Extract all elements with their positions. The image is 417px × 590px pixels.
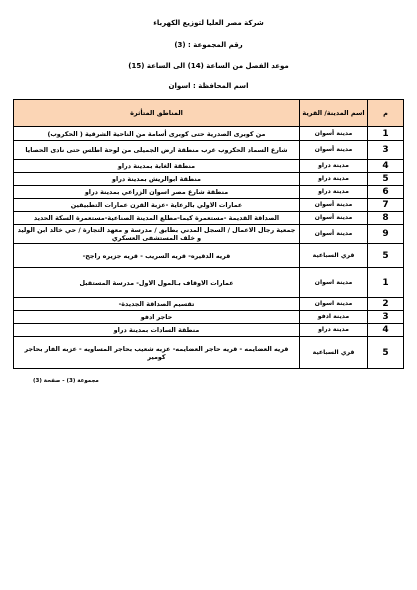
- city-cell: مدينة أسوان: [300, 212, 368, 225]
- table-header-row: م اسم المدينة/ القرية المناطق المتأثرة: [14, 100, 404, 127]
- table-row: 5مدينة دراومنطقة ابوالريش بمدينة دراو: [14, 173, 404, 186]
- city-cell: مدينة أسوان: [300, 141, 368, 160]
- table-body: 1مدينة أسوانمن كوبرى الصدرية حتى كوبرى أ…: [14, 127, 404, 369]
- document-page: شركة مصر العليا لتوزيع الكهرباء رقم المج…: [0, 0, 417, 590]
- col-header-city: اسم المدينة/ القرية: [300, 100, 368, 127]
- row-number-cell: 5: [368, 337, 404, 369]
- city-cell: مدينة ادفو: [300, 311, 368, 324]
- areas-cell: من كوبرى الصدرية حتى كوبرى أسامة من النا…: [14, 127, 300, 141]
- city-cell: مدينة أسوان: [300, 225, 368, 244]
- table-row: 4مدينة دراومنطقة الغابة بمدينة دراو: [14, 160, 404, 173]
- areas-cell: منطقة الغابة بمدينة دراو: [14, 160, 300, 173]
- row-number-cell: 3: [368, 141, 404, 160]
- city-cell: قري السباعية: [300, 337, 368, 369]
- company-title: شركة مصر العليا لتوزيع الكهرباء: [0, 0, 417, 27]
- areas-cell: تقسيم الصداقة الجديدة-: [14, 298, 300, 311]
- table-row: 3مدينة ادفوحاجر ادفو: [14, 311, 404, 324]
- row-number-cell: 1: [368, 127, 404, 141]
- city-cell: مدينة أسوان: [300, 127, 368, 141]
- city-cell: قري السباعية: [300, 244, 368, 268]
- row-number-cell: 5: [368, 173, 404, 186]
- areas-cell: منطقة السادات بمدينة دراو: [14, 324, 300, 337]
- table-row: 3مدينة أسوانشارع السماد الحكروب غرب منطق…: [14, 141, 404, 160]
- areas-cell: جمعية رجال الاعمال / السجل المدني بطابق …: [14, 225, 300, 244]
- table-row: 4مدينة دراومنطقة السادات بمدينة دراو: [14, 324, 404, 337]
- group-number-line: رقم المجموعة : (3): [0, 41, 417, 49]
- areas-cell: حاجر ادفو: [14, 311, 300, 324]
- table-row: 7مدينة أسوانعمارات الاولي بالرعاية -عزبة…: [14, 199, 404, 212]
- table-row: 5قري السباعيةقريه الدقيره- قريه السريب -…: [14, 244, 404, 268]
- row-number-cell: 8: [368, 212, 404, 225]
- outage-table: م اسم المدينة/ القرية المناطق المتأثرة 1…: [13, 99, 404, 369]
- city-cell: مدينة دراو: [300, 160, 368, 173]
- row-number-cell: 2: [368, 298, 404, 311]
- city-cell: مدينة اسوان: [300, 268, 368, 298]
- row-number-cell: 7: [368, 199, 404, 212]
- city-cell: مدينة دراو: [300, 173, 368, 186]
- table-row: 5قري السباعيةقريه العضايمه - قريه حاجر ا…: [14, 337, 404, 369]
- table-row: 9مدينة أسوانجمعية رجال الاعمال / السجل ا…: [14, 225, 404, 244]
- col-header-areas: المناطق المتأثرة: [14, 100, 300, 127]
- city-cell: مدينة أسوان: [300, 199, 368, 212]
- outage-time-line: موعد الفصل من الساعة (14) الى الساعة (15…: [0, 62, 417, 70]
- row-number-cell: 3: [368, 311, 404, 324]
- row-number-cell: 1: [368, 268, 404, 298]
- areas-cell: قريه العضايمه - قريه حاجر العضايمه- عزبه…: [14, 337, 300, 369]
- row-number-cell: 4: [368, 160, 404, 173]
- row-number-cell: 5: [368, 244, 404, 268]
- table-row: 8مدينة أسوانالصداقة القديمة -مستعمرة كيم…: [14, 212, 404, 225]
- areas-cell: منطقة ابوالريش بمدينة دراو: [14, 173, 300, 186]
- areas-cell: قريه الدقيره- قريه السريب - قريه جزيره ر…: [14, 244, 300, 268]
- table-row: 1مدينة أسوانمن كوبرى الصدرية حتى كوبرى أ…: [14, 127, 404, 141]
- city-cell: مدينة اسوان: [300, 298, 368, 311]
- table-row: 1مدينة اسوانعمارات الاوقاف بـالمول الاول…: [14, 268, 404, 298]
- areas-cell: عمارات الاولي بالرعاية -عزبة القرن عمارا…: [14, 199, 300, 212]
- col-header-number: م: [368, 100, 404, 127]
- row-number-cell: 6: [368, 186, 404, 199]
- row-number-cell: 4: [368, 324, 404, 337]
- areas-cell: عمارات الاوقاف بـالمول الاول- مدرسة المس…: [14, 268, 300, 298]
- areas-cell: شارع السماد الحكروب غرب منطقة ارض الجميل…: [14, 141, 300, 160]
- city-cell: مدينة دراو: [300, 186, 368, 199]
- row-number-cell: 9: [368, 225, 404, 244]
- areas-cell: الصداقة القديمة -مستعمرة كيما-مطلع المدي…: [14, 212, 300, 225]
- table-row: 2مدينة اسوانتقسيم الصداقة الجديدة-: [14, 298, 404, 311]
- page-footer: مجموعة (3) - صفحة (3): [0, 378, 417, 385]
- areas-cell: منطقة شارع مصر اسوان الزراعي بمدينة دراو: [14, 186, 300, 199]
- city-cell: مدينة دراو: [300, 324, 368, 337]
- governorate-line: اسم المحافظة : اسوان: [0, 82, 417, 90]
- table-row: 6مدينة دراومنطقة شارع مصر اسوان الزراعي …: [14, 186, 404, 199]
